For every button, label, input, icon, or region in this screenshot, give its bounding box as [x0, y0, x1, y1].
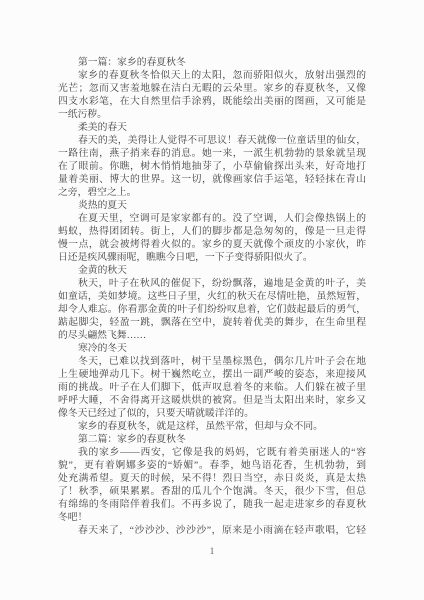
text-line: 量着美丽、博大的世界。这一切，就像画家信手运笔，轻轻抹在青山	[58, 173, 366, 186]
text-line: 冬吧！	[58, 511, 366, 524]
text-line: 慢一点，就会被烤得着火似的。家乡的夏天就像个顽皮的小家伙，昨	[58, 238, 366, 251]
text-line: 一纸污秽。	[58, 108, 366, 121]
text-line: 在了眼前。你瞧，树木悄悄地抽芽了，小草偷偷探出头来，好奇地打	[58, 160, 366, 173]
text-line: 金黄的秋天	[58, 264, 366, 277]
essay-text-block: 第一篇：家乡的春夏秋冬家乡的春夏秋冬恰似天上的太阳，忽而骄阳似火，放射出强烈的光…	[58, 56, 366, 537]
text-line: 貌”，更有着婀娜多姿的“娇媚”。春季，她鸟语花香，生机勃勃，到	[58, 459, 366, 472]
text-line: 冬天，已难以找到落叶，树干呈墨棕黑色，偶尔几片叶子会在地	[58, 355, 366, 368]
text-line: 四支水彩笔，在大自然里信手涂鸦，既能绘出美丽的图画，又可能是	[58, 95, 366, 108]
text-line: 像冬天已经过了似的，只要天晴就暖洋洋的。	[58, 407, 366, 420]
text-line: 蚂蚁，热得团团转。街上，人们的脚步都是急匆匆的，像是一旦走得	[58, 225, 366, 238]
document-page: 第一篇：家乡的春夏秋冬家乡的春夏秋冬恰似天上的太阳，忽而骄阳似火，放射出强烈的光…	[0, 0, 424, 600]
text-line: 在夏天里，空调可是家家都有的。没了空调，人们会像热锅上的	[58, 212, 366, 225]
text-line: 春天来了，“沙沙沙、沙沙沙”，原来是小雨滴在轻声歌唱，它轻	[58, 524, 366, 537]
text-line: 炎热的夏天	[58, 199, 366, 212]
text-line: 第二篇：家乡的春夏秋冬	[58, 433, 366, 446]
text-line: 呼呼大睡，不舍得离开这暖烘烘的被窝。但是当太阳出来时，家乡又	[58, 394, 366, 407]
text-line: 日还是疾风骤雨呢，瞧瞧今日吧，一下子变得骄阳似火了。	[58, 251, 366, 264]
text-line: 春天的美，美得让人觉得不可思议！春天就像一位童话里的仙女，	[58, 134, 366, 147]
text-line: 寒冷的冬天	[58, 342, 366, 355]
text-line: 的尽头翩然飞舞……	[58, 329, 366, 342]
text-line: 第一篇：家乡的春夏秋冬	[58, 56, 366, 69]
text-line: 光芒；忽而又害羞地躲在洁白无暇的云朵里。家乡的春夏秋冬，又像	[58, 82, 366, 95]
text-line: 处充满希望。夏天的时候，呆不得！烈日当空，赤日炎炎，真是太热	[58, 472, 366, 485]
text-line: 有绵绵的冬雨陪伴着我们。不再多说了，随我一起走进家乡的春夏秋	[58, 498, 366, 511]
text-line: 家乡的春夏秋冬恰似天上的太阳，忽而骄阳似火，放射出强烈的	[58, 69, 366, 82]
text-line: 踮起脚尖，轻盈一跳，飘落在空中，旋转着优美的舞步，在生命里程	[58, 316, 366, 329]
text-line: 之旁，碧空之上。	[58, 186, 366, 199]
text-line: 柔美的春天	[58, 121, 366, 134]
text-line: 雨的挑战。叶子在人们脚下，低声叹息着冬的来临。人们躲在被子里	[58, 381, 366, 394]
text-line: 了！秋季，硕果累累。香甜的瓜儿个个饱满。冬天，很少下雪，但总	[58, 485, 366, 498]
text-line: 如童话，美如梦境。这些日子里，火红的秋天在尽情吐艳，虽然短暂，	[58, 290, 366, 303]
text-line: 我的家乡——西安，它像是我的妈妈，它既有着美丽迷人的“容	[58, 446, 366, 459]
text-line: 家乡的春夏秋冬，就是这样，虽然平常，但却与众不同。	[58, 420, 366, 433]
page-number: 1	[0, 546, 424, 556]
text-line: 上生硬地弹动几下。树干巍然屹立，摆出一副严峻的姿态，来迎接风	[58, 368, 366, 381]
text-line: 秋天，叶子在秋风的催促下，纷纷飘落，遍地是金黄的叶子，美	[58, 277, 366, 290]
text-line: 却令人难忘。你看那金黄的叶子们纷纷叹息着，它们鼓起最后的勇气，	[58, 303, 366, 316]
text-line: 一路往南，燕子捎来春的消息。她一来，一派生机勃勃的景象就呈现	[58, 147, 366, 160]
